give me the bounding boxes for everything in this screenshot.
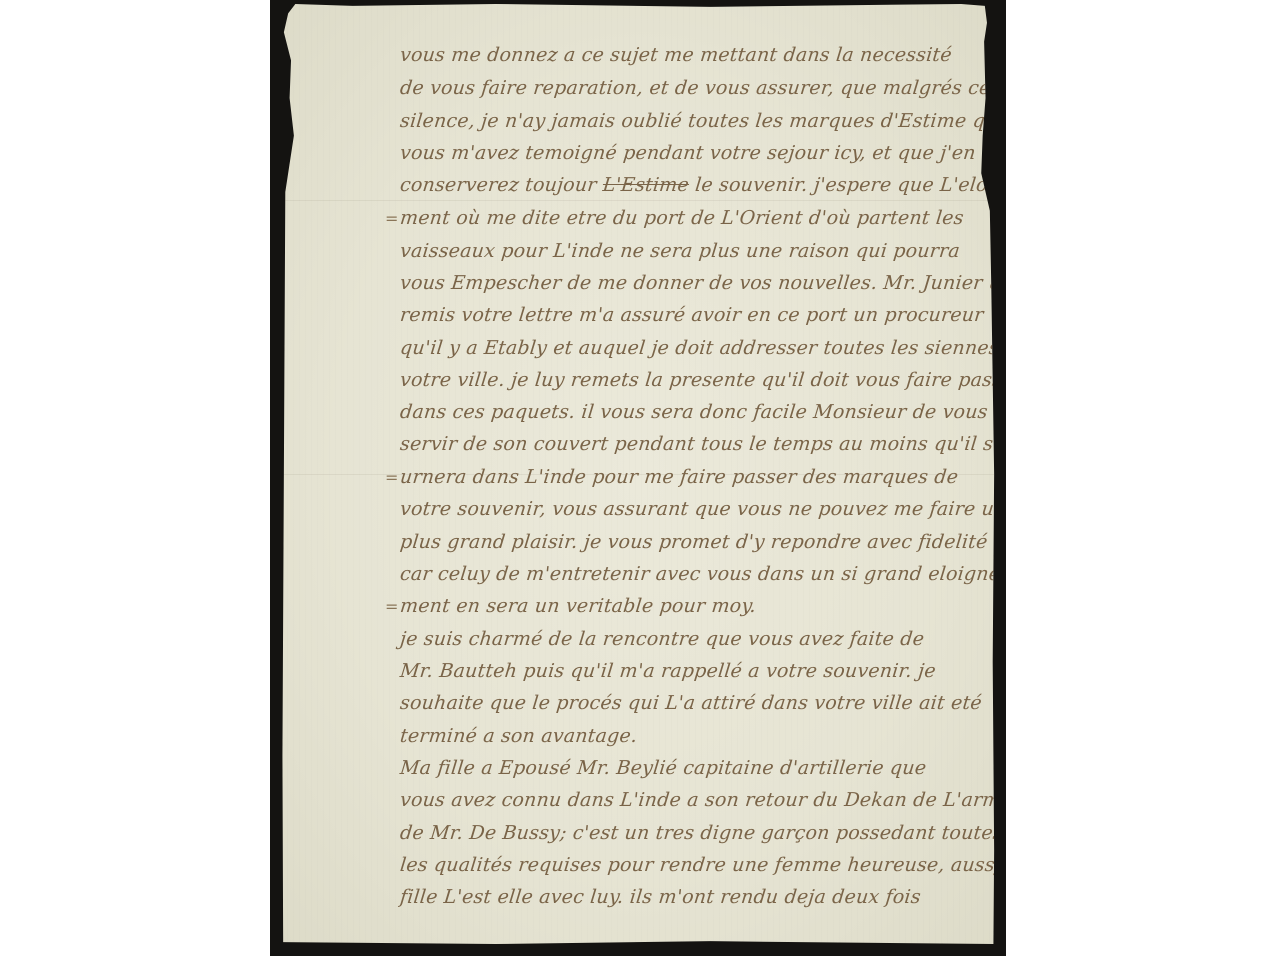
handwritten-line: vaisseaux pour L'inde ne sera plus une r… xyxy=(399,240,961,262)
handwritten-line: je suis charmé de la rencontre que vous … xyxy=(399,628,925,650)
handwritten-line: silence, je n'ay jamais oublié toutes le… xyxy=(399,110,1010,132)
handwritten-line: ment en sera un veritable pour moy. xyxy=(399,595,757,617)
handwritten-line: ment où me dite etre du port de L'Orient… xyxy=(399,207,965,229)
line-text: vaisseaux pour L'inde ne sera plus une r… xyxy=(399,240,961,262)
line-text: fille L'est elle avec luy. ils m'ont ren… xyxy=(399,886,922,908)
manuscript-page: vous me donnez a ce sujet me mettant dan… xyxy=(281,4,997,944)
handwritten-line: votre souvenir, vous assurant que vous n… xyxy=(399,498,1008,520)
line-continuation-mark: = xyxy=(385,468,398,487)
line-text: de vous faire reparation, et de vous ass… xyxy=(399,77,992,99)
struck-through-word: L'Estime xyxy=(602,174,690,196)
line-text: de Mr. De Bussy; c'est un tres digne gar… xyxy=(399,822,1004,844)
line-text: urnera dans L'inde pour me faire passer … xyxy=(399,466,959,488)
line-text: conserverez toujour xyxy=(399,174,598,196)
handwritten-line: urnera dans L'inde pour me faire passer … xyxy=(399,466,959,488)
line-text: vous Empescher de me donner de vos nouve… xyxy=(399,272,1062,294)
handwritten-line: de vous faire reparation, et de vous ass… xyxy=(399,77,992,99)
line-text: vous m'avez temoigné pendant votre sejou… xyxy=(399,142,977,164)
handwritten-text-body: vous me donnez a ce sujet me mettant dan… xyxy=(281,4,997,944)
line-continuation-mark: = xyxy=(385,597,398,616)
handwritten-line: Mr. Bautteh puis qu'il m'a rappellé a vo… xyxy=(399,660,937,682)
handwritten-line: fille L'est elle avec luy. ils m'ont ren… xyxy=(399,886,922,908)
handwritten-line: dans ces paquets. il vous sera donc faci… xyxy=(399,401,989,423)
line-text: vous avez connu dans L'inde a son retour… xyxy=(399,789,1025,811)
line-text: les qualités requises pour rendre une fe… xyxy=(399,854,1043,876)
line-text: qu'il y a Etably et auquel je doit addre… xyxy=(399,337,1052,359)
handwritten-line: plus grand plaisir. je vous promet d'y r… xyxy=(399,531,989,553)
line-text: je suis charmé de la rencontre que vous … xyxy=(399,628,925,650)
line-text-continued: le souvenir. j'espere que L'eloigne xyxy=(694,174,1031,196)
line-text: remis votre lettre m'a assuré avoir en c… xyxy=(399,304,985,326)
handwritten-line: de Mr. De Bussy; c'est un tres digne gar… xyxy=(399,822,1004,844)
line-text: ment où me dite etre du port de L'Orient… xyxy=(399,207,965,229)
line-continuation-mark: = xyxy=(385,209,398,228)
handwritten-line: votre ville. je luy remets la presente q… xyxy=(399,369,1024,391)
handwritten-line: les qualités requises pour rendre une fe… xyxy=(399,854,1043,876)
handwritten-line: souhaite que le procés qui L'a attiré da… xyxy=(399,692,983,714)
line-text: silence, je n'ay jamais oublié toutes le… xyxy=(399,110,1010,132)
handwritten-line: conserverez toujour L'Estime le souvenir… xyxy=(399,174,1031,196)
line-text: vous me donnez a ce sujet me mettant dan… xyxy=(399,44,953,66)
handwritten-line: terminé a son avantage. xyxy=(399,725,638,747)
handwritten-line: servir de son couvert pendant tous le te… xyxy=(399,433,1024,455)
image-stage: vous me donnez a ce sujet me mettant dan… xyxy=(0,0,1276,956)
handwritten-line: vous m'avez temoigné pendant votre sejou… xyxy=(399,142,977,164)
line-text: dans ces paquets. il vous sera donc faci… xyxy=(399,401,989,423)
handwritten-line: vous me donnez a ce sujet me mettant dan… xyxy=(399,44,953,66)
line-text: Ma fille a Epousé Mr. Beylié capitaine d… xyxy=(399,757,927,779)
handwritten-line: car celuy de m'entretenir avec vous dans… xyxy=(399,563,1001,585)
line-text: plus grand plaisir. je vous promet d'y r… xyxy=(399,531,989,553)
line-text: souhaite que le procés qui L'a attiré da… xyxy=(399,692,983,714)
line-text: terminé a son avantage. xyxy=(399,725,638,747)
handwritten-line: vous avez connu dans L'inde a son retour… xyxy=(399,789,1025,811)
line-text: votre ville. je luy remets la presente q… xyxy=(399,369,1024,391)
handwritten-line: qu'il y a Etably et auquel je doit addre… xyxy=(399,337,1052,359)
line-text: Mr. Bautteh puis qu'il m'a rappellé a vo… xyxy=(399,660,937,682)
line-text: ment en sera un veritable pour moy. xyxy=(399,595,757,617)
handwritten-line: vous Empescher de me donner de vos nouve… xyxy=(399,272,1062,294)
line-text: car celuy de m'entretenir avec vous dans… xyxy=(399,563,1001,585)
line-text: votre souvenir, vous assurant que vous n… xyxy=(399,498,1008,520)
handwritten-line: Ma fille a Epousé Mr. Beylié capitaine d… xyxy=(399,757,927,779)
handwritten-line: remis votre lettre m'a assuré avoir en c… xyxy=(399,304,985,326)
line-text: servir de son couvert pendant tous le te… xyxy=(399,433,1024,455)
